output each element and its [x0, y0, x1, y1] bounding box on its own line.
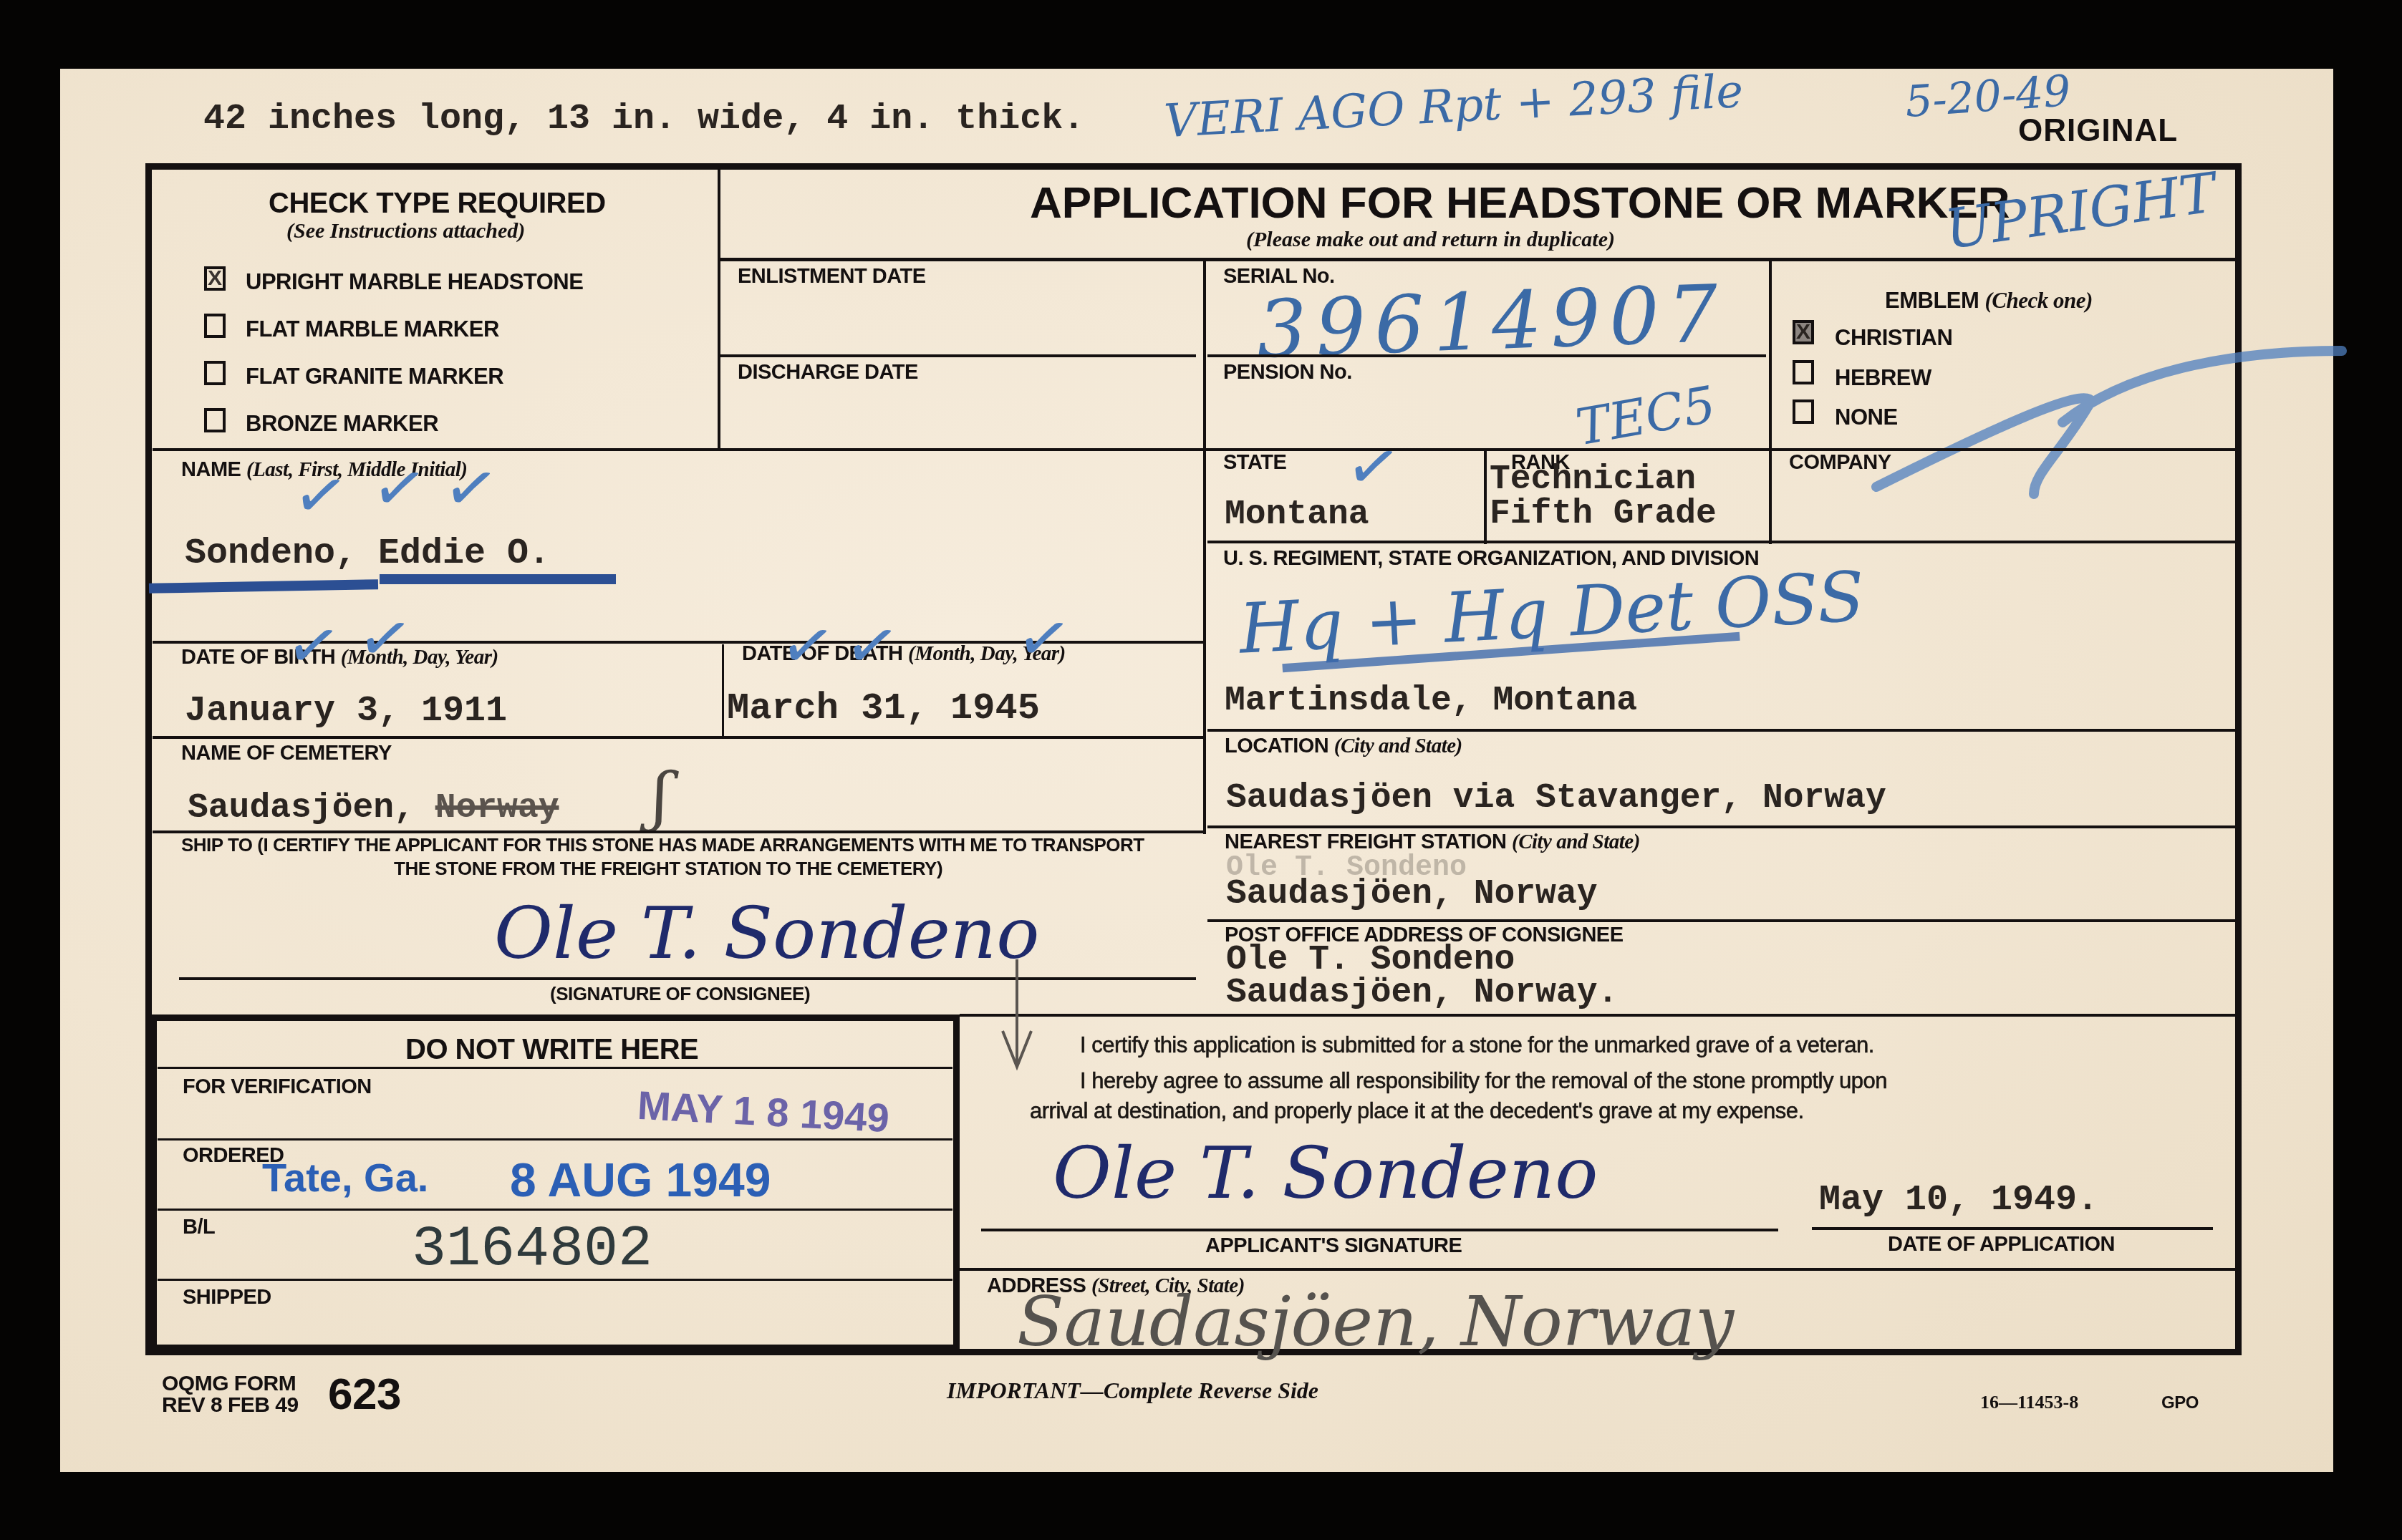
applicant-signature-label: APPLICANT'S SIGNATURE: [1205, 1234, 1462, 1258]
blue-pencil-scribble: [1848, 344, 2349, 501]
company-label: COMPANY: [1789, 451, 1891, 475]
pencil-mark: ʃ: [652, 759, 669, 834]
rule: [960, 1268, 2235, 1271]
rule: [981, 1229, 1778, 1231]
rule: [1207, 825, 2235, 828]
underline-mark: [380, 574, 616, 584]
application-date-label: DATE OF APPLICATION: [1888, 1233, 2115, 1256]
rule: [153, 736, 1203, 739]
ordered-stamp-date: 8 AUG 1949: [510, 1153, 771, 1207]
cemetery-label: NAME OF CEMETERY: [181, 742, 392, 765]
death-date-value[interactable]: March 31, 1945: [727, 687, 1040, 730]
divider: [718, 170, 720, 451]
consignee-signature[interactable]: Ole T. Sondeno: [494, 891, 1039, 975]
post-office-line-2: Saudasjöen, Norway.: [1226, 977, 1618, 1009]
rule: [153, 830, 1203, 833]
post-office-line-1: Ole T. Sondeno: [1226, 944, 1618, 977]
rule: [158, 1209, 952, 1211]
form-id: OQMG FORM REV 8 FEB 49: [162, 1373, 299, 1416]
ordered-stamp-place: Tate, Ga.: [262, 1154, 428, 1201]
enlistment-date-label: ENLISTMENT DATE: [738, 265, 926, 289]
printer-mark: GPO: [2161, 1393, 2199, 1413]
check-type-subheading: (See Instructions attached): [286, 219, 525, 243]
freight-station-label-note: (City and State): [1512, 830, 1640, 853]
freight-station-value[interactable]: Saudasjöen, Norway: [1226, 875, 1597, 914]
option-flat-granite-marker: FLAT GRANITE MARKER: [246, 364, 503, 389]
name-label-text: NAME: [181, 458, 241, 481]
applicant-signature[interactable]: Ole T. Sondeno: [1053, 1131, 1598, 1215]
form-title: APPLICATION FOR HEADSTONE OR MARKER: [1030, 178, 2010, 228]
divider: [1769, 261, 1772, 544]
form-id-line-1: OQMG FORM: [162, 1373, 299, 1395]
checkbox-bronze-marker[interactable]: [204, 408, 226, 432]
regiment-typed[interactable]: Martinsdale, Montana: [1225, 682, 1637, 720]
discharge-date-label: DISCHARGE DATE: [738, 361, 918, 384]
rule: [720, 354, 1196, 357]
rank-value[interactable]: Technician Fifth Grade: [1490, 463, 1717, 531]
verification-label: FOR VERIFICATION: [183, 1075, 372, 1099]
important-note: IMPORTANT—Complete Reverse Side: [947, 1377, 1318, 1404]
address-value[interactable]: Saudasjöen, Norway: [1017, 1282, 1734, 1362]
form-number: 623: [328, 1369, 401, 1420]
cemetery-value[interactable]: Saudasjöen, Norway: [188, 789, 559, 828]
application-date-value[interactable]: May 10, 1949.: [1819, 1180, 2098, 1221]
freight-station-label: NEAREST FREIGHT STATION (City and State): [1225, 830, 1640, 854]
birth-date-value[interactable]: January 3, 1911: [185, 691, 507, 732]
name-label-note: (Last, First, Middle Initial): [246, 458, 468, 481]
form-id-line-2: REV 8 FEB 49: [162, 1395, 299, 1416]
rule: [1207, 354, 1766, 357]
copy-label: ORIGINAL: [2018, 113, 2178, 149]
rank-line-2: Fifth Grade: [1490, 497, 1717, 531]
state-value[interactable]: Montana: [1225, 495, 1369, 534]
rule: [1207, 919, 2235, 922]
certification-line-2: I hereby agree to assume all responsibil…: [1080, 1068, 1887, 1094]
rule: [158, 1138, 952, 1141]
consignee-signature-caption: (SIGNATURE OF CONSIGNEE): [550, 983, 810, 1005]
bill-of-lading-label: B/L: [183, 1216, 215, 1239]
office-use-heading: DO NOT WRITE HERE: [405, 1034, 698, 1066]
checkbox-flat-granite-marker[interactable]: [204, 361, 226, 385]
option-bronze-marker: BRONZE MARKER: [246, 411, 438, 437]
emblem-heading: EMBLEM (Check one): [1885, 288, 2093, 314]
location-label-note: (City and State): [1334, 735, 1462, 757]
bill-of-lading-value: 3164802: [412, 1217, 652, 1282]
cemetery-struck-country: Norway: [435, 789, 559, 828]
option-flat-marble-marker: FLAT MARBLE MARKER: [246, 316, 499, 342]
divider: [1203, 261, 1206, 834]
check-type-heading: CHECK TYPE REQUIRED: [269, 188, 606, 220]
shipped-label: SHIPPED: [183, 1286, 271, 1309]
checkbox-christian[interactable]: X: [1793, 320, 1814, 344]
certification-line-3: arrival at destination, and properly pla…: [1030, 1098, 1804, 1124]
rule: [1207, 729, 2235, 732]
rank-line-1: Technician: [1490, 463, 1717, 497]
state-label: STATE: [1223, 451, 1286, 475]
divider: [1484, 451, 1487, 544]
emblem-heading-text: EMBLEM: [1885, 288, 1979, 313]
location-label-text: LOCATION: [1225, 735, 1328, 757]
pencil-arrow: [995, 959, 1038, 1074]
certification-line-1: I certify this application is submitted …: [1080, 1032, 1874, 1058]
rule: [1207, 541, 2235, 543]
rule: [720, 258, 2235, 261]
pension-number-label: PENSION No.: [1223, 361, 1352, 384]
rule: [960, 1014, 2235, 1017]
option-upright-marble-headstone: UPRIGHT MARBLE HEADSTONE: [246, 269, 583, 295]
rule: [179, 977, 1196, 980]
location-value[interactable]: Saudasjöen via Stavanger, Norway: [1226, 779, 1886, 818]
emblem-heading-note: (Check one): [1984, 288, 2092, 313]
print-code: 16—11453-8: [1980, 1392, 2078, 1413]
cemetery-name: Saudasjöen,: [188, 789, 415, 828]
rule: [158, 1067, 952, 1069]
checkbox-upright-marble-headstone[interactable]: X: [204, 266, 226, 291]
checkbox-flat-marble-marker[interactable]: [204, 314, 226, 338]
rule: [158, 1279, 952, 1281]
checkbox-none[interactable]: [1793, 399, 1814, 424]
typed-dimensions: 42 inches long, 13 in. wide, 4 in. thick…: [203, 99, 1084, 140]
serial-number-value[interactable]: 39614907: [1255, 268, 1728, 376]
checkbox-hebrew[interactable]: [1793, 360, 1814, 384]
divider: [722, 644, 724, 737]
rule: [1812, 1227, 2213, 1230]
ship-to-label-line-2: THE STONE FROM THE FREIGHT STATION TO TH…: [394, 858, 942, 880]
name-value[interactable]: Sondeno, Eddie O.: [185, 533, 550, 574]
form-subtitle: (Please make out and return in duplicate…: [1246, 228, 1615, 252]
location-label: LOCATION (City and State): [1225, 735, 1462, 758]
freight-station-label-text: NEAREST FREIGHT STATION: [1225, 830, 1506, 853]
ship-to-label-line-1: SHIP TO (I CERTIFY THE APPLICANT FOR THI…: [181, 834, 1144, 856]
post-office-value[interactable]: Ole T. Sondeno Saudasjöen, Norway.: [1226, 944, 1618, 1009]
